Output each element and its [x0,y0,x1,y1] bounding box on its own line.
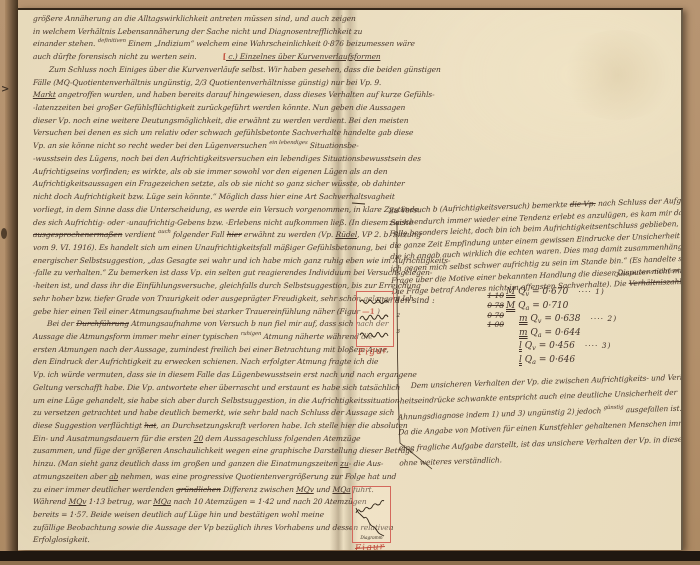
manuscript-line: einander stehen. definitiven Einem „Indi… [33,38,337,51]
text-run: - die Aus- [349,459,384,468]
figure-1-box: 123 [356,291,394,347]
text-run: nach 10 Atemzügen = 1·42 und nach 20 Ate… [171,497,367,506]
curve-number: 3 [397,329,401,335]
text-run: Geltung verschafft habe. Die Vp. antwort… [33,383,401,392]
quotient-formula: M Qv = 0·670···· 1) [506,287,605,300]
text-run: ausgesprochenermaßen [33,230,123,239]
manuscript-line: zu einer immer deutlicher werdenden grün… [33,484,337,497]
text-run: um eine Lüge gehandelt, sie habe sich ab… [33,396,400,405]
manuscript-line: bereits = 1·57. Beide weisen deutlich au… [33,509,337,522]
figure-2-box: Diagramm [352,486,391,543]
struck-value: 0·70 [478,311,504,321]
text-run: Aufrichtigkeitsaussagen ein Fragezeichen… [33,179,405,188]
text-run: c.) Einzelnes über Kurvenverlaufsformen [226,52,381,61]
text-run: -latenzzeiten bei großer Gefühlsflüchtig… [33,103,406,112]
text-run: erwähnt zu werden (Vp. [241,230,335,239]
figure-2-caption: Diagramm [353,535,390,540]
formula-part: = 0·638 [541,314,580,324]
formula-reference-number: ···· 1) [578,287,605,296]
text-run: Vp. an sie könne nicht so recht weder be… [33,141,270,150]
text-run: den Eindruck der Aufrichtigkeit zu erwec… [33,357,379,366]
quotient-formula: m Qa = 0·644 [519,328,581,341]
manuscript-line: sehr hoher bzw. tiefer Grade von Traurig… [33,293,337,306]
text-run: ruhigen [241,331,262,337]
manuscript-line: -latenzzeiten bei großer Gefühlsflüchtig… [33,102,337,115]
text-run: bereits = 1·57. Beide weisen deutlich au… [33,510,324,519]
text-run: Durchführung [76,319,129,328]
left-page-text-block: größere Annäherung an die Alltagswirklic… [33,13,336,547]
manuscript-line: -wusstsein des Lügens, noch bei den Aufr… [33,153,337,166]
text-run: vorliegt, in dem Sinne dass die Untersch… [33,205,419,214]
manuscript-line: um eine Lüge gehandelt, sie habe sich ab… [33,395,337,408]
formula-part: Q [522,355,532,365]
struck-values-column: 1·100·780·701·00 [478,291,504,330]
manuscript-line: auch dürfte forensisch nicht zu werten s… [33,51,337,64]
text-run: hinzu. (Man sieht ganz deutlich dass im … [33,459,341,468]
text-run: dieser Vp. noch eine weitere Deutungsmög… [33,116,409,125]
text-run: Fälle (MQ-Quotientenverhältnis ungünstig… [33,78,382,87]
text-run: verdient [122,230,158,239]
text-run: Ein- und Ausatmungsdauern für die ersten [33,434,194,443]
manuscript-line: vorliegt, in dem Sinne dass die Untersch… [33,204,337,217]
struck-value: 1·10 [478,291,504,301]
formula-part: Q [522,341,532,351]
text-run: Zum Schluss noch Einiges über die Kurven… [49,65,441,74]
text-run: dem Aussageschluss folgenden Atemzüge [203,434,361,443]
formula-part: = 0·456 [536,341,575,351]
manuscript-line: nicht doch Aufrichtigkeit bzw. Lüge sein… [33,191,337,204]
text-run: -wusstsein des Lügens, noch bei den Aufr… [33,154,421,163]
manuscript-line: Versuchen bei denen es sich um relativ o… [33,127,337,140]
text-run: Differenz zwischen [221,485,297,494]
formula-part: M [506,301,515,311]
text-run: Versuchen bei denen es sich um relativ o… [33,128,414,137]
manuscript-line: -falle zu verhalten.“ Zu bemerken ist da… [33,267,337,280]
text-run: MQa [332,485,350,494]
manuscript-line: hinzu. (Man sieht ganz deutlich dass im … [33,458,337,471]
text-run: auch [158,229,171,235]
text-run: Bei der [47,319,77,328]
text-run: atmungszeiten aber [33,472,110,481]
manuscript-line: Erfolglosigkeit. [33,534,337,547]
manuscript-line: diese Suggestion verflüchtigt hat, an Du… [33,420,337,433]
text-run: folgender Fall [170,230,227,239]
manuscript-line: atmungszeiten aber ab nehmen, was eine p… [33,471,337,484]
text-run: -falle zu verhalten.“ Zu bemerken ist da… [33,268,433,277]
manuscript-line: Markt angetroffen wurden, und haben bere… [33,89,337,102]
text-run: und [314,485,333,494]
right-page-note-block: Zu Versuch b (Aufrichtigkeitsversuch) be… [388,195,683,298]
manuscript-line: Aussage die Atmungsform immer mehr einer… [33,331,337,344]
text-run: nehmen, was eine progressive Quotientenv… [118,472,396,481]
manuscript-line: Aufrichtigkeitsaussagen ein Fragezeichen… [33,178,337,191]
text-run: MQv [296,485,314,494]
text-run: ein lebendiges [269,140,308,146]
manuscript-line: in welchem Verhältnis Lebensannäherung d… [33,26,337,39]
text-run: ersten Atmungen nach der Aussage, zumind… [33,345,389,354]
breathing-curves-sketch-icon [357,292,393,346]
manuscript-line: energischer Selbstsuggestion, „das Gesag… [33,255,337,268]
text-run: hier [227,230,242,239]
text-run: Einem „Indizium“ welchem eine Wahrschein… [126,39,416,48]
text-run: Vp. ich würde vermuten, dass sie in dies… [33,370,417,379]
manuscript-line: Zum Schluss noch Einiges über die Kurven… [33,64,337,77]
manuscript-line: zu versetzen getrachtet und habe deutlic… [33,407,337,420]
text-run: energischer Selbstsuggestion, „das Gesag… [33,256,451,265]
manuscript-line: Aufrichtigseins vorfinden; es wirkte, al… [33,166,337,179]
formula-part: M [506,287,515,297]
right-page-conclusion-block: Dem unsicheren Verhalten der Vp. die zwi… [397,369,683,470]
text-run: des sich Aufrichtig- oder -unaufrichtig-… [33,218,413,227]
formula-part: Q [528,328,538,338]
text-run: gründlichen [176,485,221,494]
text-run: zu einer immer deutlicher werdenden [33,485,176,494]
figure-1-label: Figur [358,346,389,358]
text-run: einander stehen. [33,39,98,48]
text-run: ausgefallen ist. [623,403,682,414]
formula-reference-number: ···· 2) [591,314,618,323]
scan-bottom-shadow [0,551,700,561]
text-run: hat [144,421,157,430]
text-run: Während [33,497,69,506]
text-run: 1·13 betrug, war [86,497,153,506]
text-run: Situationsbe- [307,141,359,150]
text-run: die Vp. [570,199,596,209]
manuscript-line: Vp. an sie könne nicht so recht weder be… [33,140,337,153]
manuscript-line: -heiten ist, und dass ihr die Einfühlung… [33,280,337,293]
curve-number: 2 [397,313,401,319]
formula-reference-number: ···· 3) [585,341,612,350]
margin-arrow-mark: > [1,84,9,95]
text-run: Rüdel [335,230,357,239]
text-run: vom 9. VI. 1916). Es handelt sich um ein… [33,243,387,252]
text-run: größere Annäherung an die Alltagswirklic… [33,14,356,23]
text-run: MQa [153,497,171,506]
formula-part: = 0·646 [536,355,575,365]
manuscript-line: größere Annäherung an die Alltagswirklic… [33,13,337,26]
text-run: MQv [68,497,86,506]
struck-value: 1·00 [478,320,504,330]
manuscript-line: Geltung verschafft habe. Die Vp. antwort… [33,382,337,395]
text-run: Aussage die Atmungsform immer mehr einer… [33,332,241,341]
manuscript-line: Bei der Durchführung Atmungsaufnahme von… [33,318,337,331]
ink-blotch [1,228,7,239]
quotient-formula: l Qv = 0·456···· 3) [519,341,611,354]
text-run: nach Schluss der Aufgabe: „Ich habe [596,194,683,208]
scanned-manuscript: { "document": { "kind": "handwritten man… [0,0,700,565]
manuscript-line: Während MQv 1·13 betrug, war MQa nach 10… [33,496,337,509]
scan-bottom-edge [0,561,700,565]
paper-stain [558,30,678,120]
formula-part: = 0·644 [542,328,581,338]
text-run: diese Suggestion verflüchtigt [33,421,145,430]
formula-part: = 0·670 [529,287,568,297]
text-run: zufällige Beobachtung sowie die Aussage … [33,523,394,532]
text-run: Markt [33,90,56,99]
manuscript-line: zufällige Beobachtung sowie die Aussage … [33,522,337,535]
manuscript-line: zusammen, und füge der größeren Anschaul… [33,445,337,458]
text-run: , an Durchsetzungskraft verloren habe. I… [156,421,408,430]
formula-part: Q [515,287,525,297]
text-run: gebe hier einen Teil einer Atmungsaufnah… [33,307,363,316]
struck-value: 0·78 [478,301,504,311]
text-run: angetroffen wurden, und haben bereits da… [56,90,435,99]
text-run: ohne weiteres verständlich. [399,455,502,467]
manuscript-line: Ein- und Ausatmungsdauern für die ersten… [33,433,337,446]
crossing-curves-sketch-icon [353,487,390,542]
quotient-formula: m Qv = 0·638···· 2) [519,314,617,327]
text-run: Verhältniszahlen [629,277,683,288]
formula-part: m [519,328,528,338]
manuscript-page: größere Annäherung an die Alltagswirklic… [18,8,683,550]
formula-part: m [519,314,528,324]
manuscript-line: Fälle (MQ-Quotientenverhältnis ungünstig… [33,77,337,90]
text-run: auch dürfte forensisch nicht zu werten s… [33,52,197,61]
manuscript-line: dieser Vp. noch eine weitere Deutungsmög… [33,115,337,128]
manuscript-line: ausgesprochenermaßen verdient auch folge… [33,229,337,242]
manuscript-line: des sich Aufrichtig- oder -unaufrichtig-… [33,217,337,230]
figure-2-label: Figur [355,542,386,550]
text-run: zusammen, und füge der größeren Anschaul… [33,446,415,455]
quotient-formula: l Qa = 0·646 [519,355,575,368]
manuscript-line: Vp. ich würde vermuten, dass sie in dies… [33,369,337,382]
manuscript-line: vom 9. VI. 1916). Es handelt sich um ein… [33,242,337,255]
quotient-formula: M Qa = 0·710 [506,301,568,314]
curve-number: 1 [397,297,401,303]
text-run: Aufrichtigseins vorfinden; es wirkte, al… [33,167,388,176]
manuscript-line: ersten Atmungen nach der Aussage, zumind… [33,344,337,357]
formula-part: = 0·710 [529,301,568,311]
text-run: nicht doch Aufrichtigkeit bzw. Lüge sein… [33,192,395,201]
formula-part: Q [515,301,525,311]
text-run: Atmungsaufnahme von Versuch b nun fiel m… [129,319,389,328]
formula-part: Q [528,314,538,324]
text-run: zu versetzen getrachtet und habe deutlic… [33,408,395,417]
text-run: Erfolglosigkeit. [33,535,90,544]
manuscript-line: gebe hier einen Teil einer Atmungsaufnah… [33,306,337,319]
manuscript-line: den Eindruck der Aufrichtigkeit zu erwec… [33,356,337,369]
text-run: definitiven [98,38,126,44]
text-run: günstig [604,404,624,411]
text-run: -heiten ist, und dass ihr die Einfühlung… [33,281,421,290]
text-run: in welchem Verhältnis Lebensannäherung d… [33,27,363,36]
